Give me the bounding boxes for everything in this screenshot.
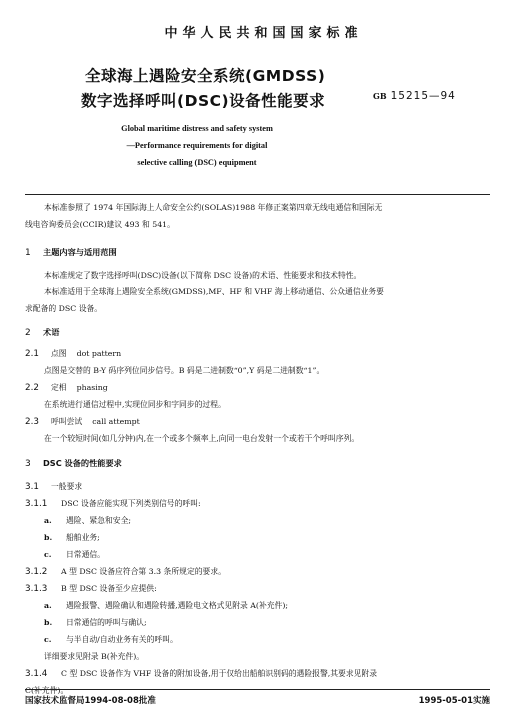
std-number: 15215—94 [391, 90, 456, 102]
term-2-1-definition: 点图是交替的 B-Y 码序列位同步信号。B 码是二进制数“0”,Y 码是二进制数… [44, 364, 324, 378]
sec1-para2-line1: 本标准适用于全球海上遇险安全系统(GMDSS),MF、HF 和 VHF 海上移动… [44, 285, 384, 299]
clause-3-1-1-item-b: b.船舶业务; [44, 531, 100, 545]
term-2-2-heading: 2.2定相phasing [25, 381, 108, 395]
clause-3-1-1-item-c: c.日常通信。 [44, 548, 105, 562]
approval-date: 国家技术监督局1994-08-08批准 [25, 694, 156, 706]
clause-3-1-2: 3.1.2A 型 DSC 设备应符合第 3.3 条所规定的要求。 [25, 565, 226, 579]
sec1-para2-line2: 求配备的 DSC 设备。 [25, 302, 102, 316]
clause-3-1-3-item-b: b.日常通信的呼叫与确认; [44, 616, 147, 630]
title-en-line2: —Performance requirements for digital [0, 141, 394, 150]
title-cn-line1: 全球海上遇险安全系统(GMDSS) [85, 64, 325, 86]
intro-line2: 线电咨询委员会(CCIR)建议 493 和 541。 [25, 218, 175, 232]
clause-3-1-1-item-a: a.遇险、紧急和安全; [44, 514, 131, 528]
term-2-3-definition: 在一个较短时间(如几分钟)内,在一个或多个频率上,向同一电台发射一个或若干个呼叫… [44, 432, 359, 446]
section-1-heading: 1主题内容与适用范围 [25, 245, 117, 260]
section-3-heading: 3DSC 设备的性能要求 [25, 456, 122, 471]
effective-date: 1995-05-01实施 [419, 694, 490, 706]
title-en-line3: selective calling (DSC) equipment [0, 158, 394, 167]
clause-3-1-3-note: 详细要求见附录 B(补充件)。 [44, 650, 144, 664]
clause-3-1-3-item-c: c.与半自动/自动业务有关的呼叫。 [44, 633, 178, 647]
sec1-para1: 本标准规定了数字选择呼叫(DSC)设备(以下简称 DSC 设备)的术语、性能要求… [44, 269, 361, 283]
term-2-1-heading: 2.1点图dot pattern [25, 347, 121, 361]
subsection-3-1-heading: 3.1一般要求 [25, 480, 82, 494]
clause-3-1-4-line1: 3.1.4C 型 DSC 设备作为 VHF 设备的附加设备,用于仅给出船舶识别码… [25, 667, 377, 681]
term-2-2-definition: 在系统进行通信过程中,实现位同步和字同步的过程。 [44, 398, 226, 412]
header-divider [25, 194, 490, 195]
intro-line1: 本标准参照了 1974 年国际海上人命安全公约(SOLAS)1988 年修正案第… [44, 201, 382, 215]
country-standard-heading: 中华人民共和国国家标准 [0, 22, 527, 41]
std-prefix: GB [373, 91, 387, 101]
clause-3-1-1: 3.1.1DSC 设备应能实现下列类别信号的呼叫: [25, 497, 201, 511]
standard-number: GB15215—94 [373, 90, 456, 102]
section-2-heading: 2术语 [25, 325, 59, 340]
title-cn-line2: 数字选择呼叫(DSC)设备性能要求 [81, 89, 325, 111]
clause-3-1-3: 3.1.3B 型 DSC 设备至少应提供: [25, 582, 157, 596]
clause-3-1-3-item-a: a.遇险报警、遇险确认和遇险转播,遇险电文格式见附录 A(补充件); [44, 599, 288, 613]
title-en-line1: Global maritime distress and safety syst… [0, 124, 394, 133]
term-2-3-heading: 2.3呼叫尝试call attempt [25, 415, 140, 429]
footer-divider [25, 689, 490, 690]
